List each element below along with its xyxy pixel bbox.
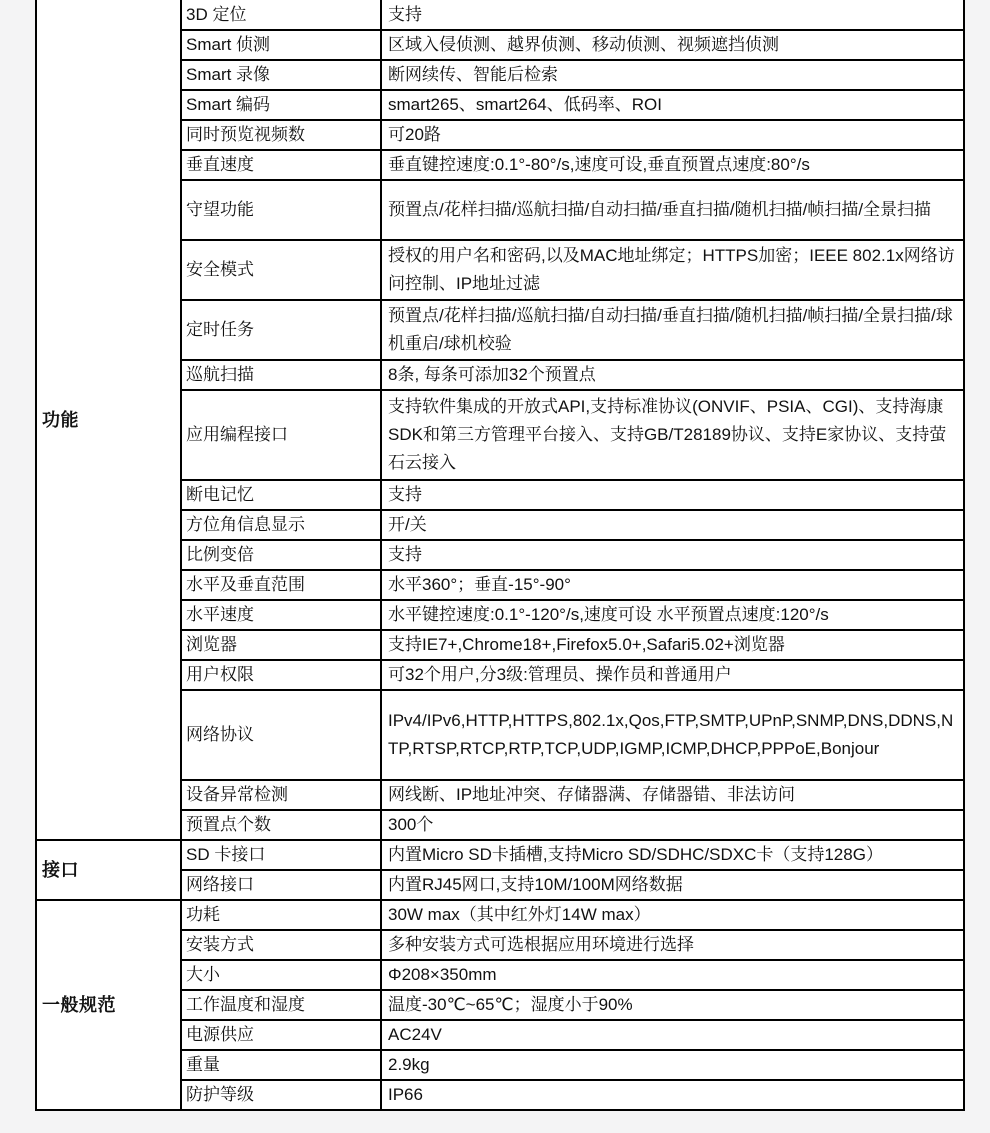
spec-value-cell: 多种安装方式可选根据应用环境进行选择 [380,929,963,959]
spec-name-cell: 比例变倍 [180,539,380,569]
spec-name-cell: 安全模式 [180,239,380,299]
spec-name-cell: 守望功能 [180,179,380,239]
spec-value-cell: 网线断、IP地址冲突、存储器满、存储器错、非法访问 [380,779,963,809]
spec-name-cell: 安装方式 [180,929,380,959]
spec-name-cell: 应用编程接口 [180,389,380,479]
spec-name-cell: Smart 编码 [180,89,380,119]
spec-name-cell: 防护等级 [180,1079,380,1109]
spec-table: 功能3D 定位支持Smart 侦测区域入侵侦测、越界侦测、移动侦测、视频遮挡侦测… [35,0,965,1111]
spec-name-cell: 工作温度和湿度 [180,989,380,1019]
spec-name-cell: 网络接口 [180,869,380,899]
spec-value-cell: 内置RJ45网口,支持10M/100M网络数据 [380,869,963,899]
spec-name-cell: 垂直速度 [180,149,380,179]
spec-value-cell: 授权的用户名和密码,以及MAC地址绑定；HTTPS加密；IEEE 802.1x网… [380,239,963,299]
spec-value-cell: 可32个用户,分3级:管理员、操作员和普通用户 [380,659,963,689]
spec-category-cell: 接口 [37,839,180,899]
spec-name-cell: 功耗 [180,899,380,929]
spec-name-cell: 巡航扫描 [180,359,380,389]
spec-name-cell: 同时预览视频数 [180,119,380,149]
spec-name-cell: 网络协议 [180,689,380,779]
table-row: 一般规范功耗30W max（其中红外灯14W max） [37,899,963,929]
spec-value-cell: AC24V [380,1019,963,1049]
spec-value-cell: 开/关 [380,509,963,539]
spec-value-cell: 区域入侵侦测、越界侦测、移动侦测、视频遮挡侦测 [380,29,963,59]
spec-name-cell: 方位角信息显示 [180,509,380,539]
spec-name-cell: 3D 定位 [180,0,380,29]
spec-value-cell: 8条, 每条可添加32个预置点 [380,359,963,389]
spec-value-cell: 预置点/花样扫描/巡航扫描/自动扫描/垂直扫描/随机扫描/帧扫描/全景扫描/球机… [380,299,963,359]
spec-name-cell: 水平及垂直范围 [180,569,380,599]
spec-name-cell: 电源供应 [180,1019,380,1049]
spec-name-cell: 断电记忆 [180,479,380,509]
table-row: 接口SD 卡接口内置Micro SD卡插槽,支持Micro SD/SDHC/SD… [37,839,963,869]
spec-name-cell: 定时任务 [180,299,380,359]
spec-name-cell: 浏览器 [180,629,380,659]
spec-value-cell: 温度-30℃~65℃；湿度小于90% [380,989,963,1019]
spec-table-body: 功能3D 定位支持Smart 侦测区域入侵侦测、越界侦测、移动侦测、视频遮挡侦测… [37,0,963,1109]
spec-sheet-page: 功能3D 定位支持Smart 侦测区域入侵侦测、越界侦测、移动侦测、视频遮挡侦测… [0,0,990,1133]
spec-name-cell: 水平速度 [180,599,380,629]
spec-value-cell: IPv4/IPv6,HTTP,HTTPS,802.1x,Qos,FTP,SMTP… [380,689,963,779]
spec-name-cell: Smart 录像 [180,59,380,89]
spec-name-cell: 设备异常检测 [180,779,380,809]
spec-value-cell: 30W max（其中红外灯14W max） [380,899,963,929]
spec-value-cell: 支持 [380,479,963,509]
spec-name-cell: 大小 [180,959,380,989]
spec-value-cell: 可20路 [380,119,963,149]
spec-value-cell: 支持IE7+,Chrome18+,Firefox5.0+,Safari5.02+… [380,629,963,659]
spec-name-cell: 用户权限 [180,659,380,689]
spec-name-cell: 重量 [180,1049,380,1079]
spec-value-cell: 支持 [380,539,963,569]
spec-value-cell: 2.9kg [380,1049,963,1079]
spec-name-cell: SD 卡接口 [180,839,380,869]
spec-name-cell: Smart 侦测 [180,29,380,59]
spec-value-cell: 水平360°；垂直-15°-90° [380,569,963,599]
spec-name-cell: 预置点个数 [180,809,380,839]
spec-value-cell: 内置Micro SD卡插槽,支持Micro SD/SDHC/SDXC卡（支持12… [380,839,963,869]
spec-value-cell: Φ208×350mm [380,959,963,989]
spec-value-cell: 预置点/花样扫描/巡航扫描/自动扫描/垂直扫描/随机扫描/帧扫描/全景扫描 [380,179,963,239]
spec-category-cell: 一般规范 [37,899,180,1109]
spec-value-cell: 垂直键控速度:0.1°-80°/s,速度可设,垂直预置点速度:80°/s [380,149,963,179]
spec-value-cell: 300个 [380,809,963,839]
spec-value-cell: smart265、smart264、低码率、ROI [380,89,963,119]
spec-value-cell: 断网续传、智能后检索 [380,59,963,89]
spec-category-cell: 功能 [37,0,180,839]
table-row: 功能3D 定位支持 [37,0,963,29]
spec-value-cell: 水平键控速度:0.1°-120°/s,速度可设 水平预置点速度:120°/s [380,599,963,629]
spec-value-cell: IP66 [380,1079,963,1109]
spec-value-cell: 支持 [380,0,963,29]
spec-value-cell: 支持软件集成的开放式API,支持标准协议(ONVIF、PSIA、CGI)、支持海… [380,389,963,479]
page-background: { "page": { "background_color": "#f4f4f5… [0,0,990,1133]
